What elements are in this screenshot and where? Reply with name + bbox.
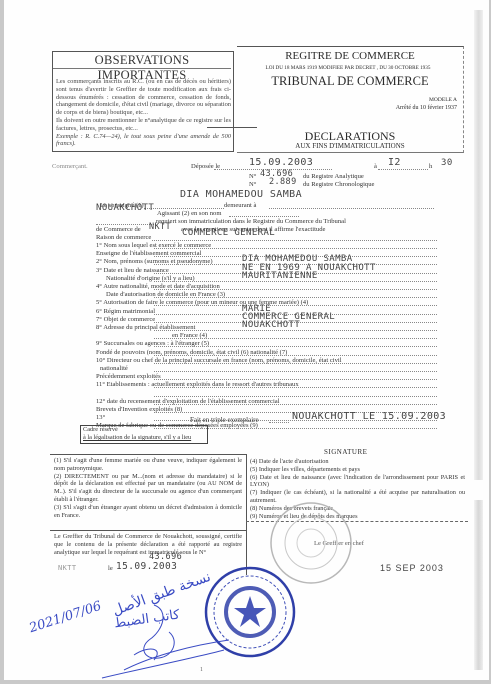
modele-label: MODELE A bbox=[429, 97, 457, 103]
footnote: (4) Date de l'acte d'autorisation bbox=[250, 458, 465, 466]
deposit-date: 15.09.2003 bbox=[249, 157, 313, 168]
form-field-label: 7° Objet de commerce bbox=[96, 316, 155, 323]
scan-edge-shadow bbox=[474, 10, 483, 480]
scan-edge-shadow bbox=[474, 500, 483, 670]
fait-value: NOUAKCHOTT LE 15.09.2003 bbox=[292, 411, 446, 422]
agissant-label: Agissant (2) en son nom bbox=[157, 210, 221, 217]
greffe-le-label: le bbox=[108, 565, 113, 572]
deposit-hour: I2 bbox=[388, 157, 401, 168]
greffe-place: NKTT bbox=[58, 564, 76, 572]
chrono-number: 2.889 bbox=[269, 177, 297, 187]
commerce-de-value: NKTT bbox=[149, 222, 171, 232]
cadre-line: Cadre réservé bbox=[83, 426, 207, 434]
dotted-line bbox=[229, 216, 299, 217]
commercant-label: Commerçant. bbox=[52, 163, 88, 170]
observations-title: OBSERVATIONS IMPORTANTES bbox=[53, 53, 231, 69]
greffe-text: Le Greffier du Tribunal de Commerce de N… bbox=[54, 533, 242, 556]
dotted-line bbox=[96, 224, 156, 225]
tribunal-title: TRIBUNAL DE COMMERCE bbox=[237, 74, 463, 89]
cadre-reserve-box: Cadre réservé à la légalisation de la si… bbox=[80, 425, 208, 444]
dotted-line bbox=[154, 355, 437, 356]
fins-subtitle: AUX FINS D'IMMATRICULATIONS bbox=[237, 142, 463, 150]
registre-title: REGITRE DE COMMERCE bbox=[237, 50, 463, 62]
document-page: OBSERVATIONS IMPORTANTES Les commerçants… bbox=[4, 0, 489, 680]
dotted-line bbox=[154, 346, 437, 347]
raison-value: COMMERCE GENERAL bbox=[182, 228, 275, 238]
handwritten-signature-icon bbox=[94, 600, 234, 680]
page-number: 1 bbox=[200, 667, 203, 673]
dotted-line bbox=[154, 289, 437, 290]
dotted-line bbox=[154, 387, 437, 388]
deposit-minutes: 30 bbox=[441, 158, 453, 168]
dotted-line bbox=[144, 208, 224, 209]
footnote: (1) S'il s'agit d'une femme mariée ou d'… bbox=[54, 457, 242, 473]
dotted-line bbox=[154, 363, 437, 364]
dotted-line bbox=[154, 330, 437, 331]
loi-reference: LOI DU 18 MARS 1919 MODIFIEE PAR DECRET … bbox=[231, 65, 465, 71]
chrono-prefix: N° bbox=[249, 181, 256, 188]
dotted-line bbox=[154, 248, 437, 249]
a-label: à bbox=[374, 163, 377, 170]
stamp-date: 15 SEP 2003 bbox=[380, 563, 444, 573]
dotted-line bbox=[269, 422, 289, 423]
observation-line: Exemple : R. C.74—24), le tout sous pein… bbox=[56, 133, 231, 149]
soussigne-name: DIA MOHAMEDOU SAMBA bbox=[180, 189, 302, 200]
commerce-de-label: de Commerce de bbox=[96, 226, 141, 233]
form-field-label: nationalité bbox=[100, 365, 128, 372]
observations-box: OBSERVATIONS IMPORTANTES Les commerçants… bbox=[52, 51, 234, 152]
signature-title: SIGNATURE bbox=[324, 448, 367, 456]
footnote: (2) DIRECTEMENT ou par M...(nom et adres… bbox=[54, 473, 242, 504]
handwritten-date: 2021/07/06 bbox=[28, 599, 104, 636]
divider bbox=[207, 127, 257, 128]
form-field-value: MAURITANIENNE bbox=[242, 271, 318, 281]
dotted-line bbox=[154, 305, 437, 306]
dotted-line bbox=[378, 169, 428, 170]
fait-label: Fait en triple exemplaire bbox=[190, 416, 259, 424]
dotted-line bbox=[154, 371, 437, 372]
form-field-label: 6° Régim matrimonial bbox=[96, 308, 155, 315]
dotted-line bbox=[154, 396, 437, 397]
dotted-line bbox=[154, 379, 437, 380]
observations-text: Les commerçants inscrits au R.C. (ou en … bbox=[56, 78, 231, 148]
greffe-date: 15.09.2003 bbox=[116, 561, 177, 572]
form-field-value: NOUAKCHOTT bbox=[242, 320, 300, 330]
dotted-line bbox=[154, 281, 437, 282]
h-label: h bbox=[429, 163, 432, 170]
analytique-label: du Registre Analytique bbox=[303, 173, 364, 180]
form-field-label: 13° bbox=[96, 414, 105, 421]
dotted-line bbox=[154, 338, 437, 339]
city-value: NOUAKCHOTT bbox=[96, 203, 154, 213]
footnote: (5) Indiquer les villes, départements et… bbox=[250, 466, 465, 474]
footnote: (3) S'il s'agit d'un étranger ayant obte… bbox=[54, 504, 242, 520]
arrete-label: Arrêté du 10 février 1937 bbox=[396, 105, 457, 111]
dotted-line bbox=[152, 240, 437, 241]
footnotes-left-box: (1) S'il s'agit d'une femme mariée ou d'… bbox=[50, 454, 247, 531]
chrono-label: du Registre Chronologique bbox=[303, 181, 374, 188]
cadre-line: à la légalisation de la signature, s'il … bbox=[83, 434, 207, 442]
analytique-prefix: N° bbox=[249, 173, 256, 180]
demeurant-label: demeurant à bbox=[224, 202, 256, 209]
dotted-line bbox=[154, 404, 437, 405]
registre-header: REGITRE DE COMMERCE LOI DU 18 MARS 1919 … bbox=[237, 46, 464, 153]
requiert-label: requiert son immatriculation dans le Reg… bbox=[156, 218, 346, 225]
dotted-line bbox=[269, 208, 434, 209]
dotted-line bbox=[154, 297, 437, 298]
observation-line: Ils doivent en outre mentionner le n°ana… bbox=[56, 117, 231, 133]
observation-line: Les commerçants inscrits au R.C. (ou en … bbox=[56, 78, 231, 117]
raison-label: Raison de commerce bbox=[96, 234, 151, 241]
footnote: (6) Date et lieu de naissance (avec l'in… bbox=[250, 474, 465, 490]
form-field-label: Précédemment exploités bbox=[96, 373, 161, 380]
